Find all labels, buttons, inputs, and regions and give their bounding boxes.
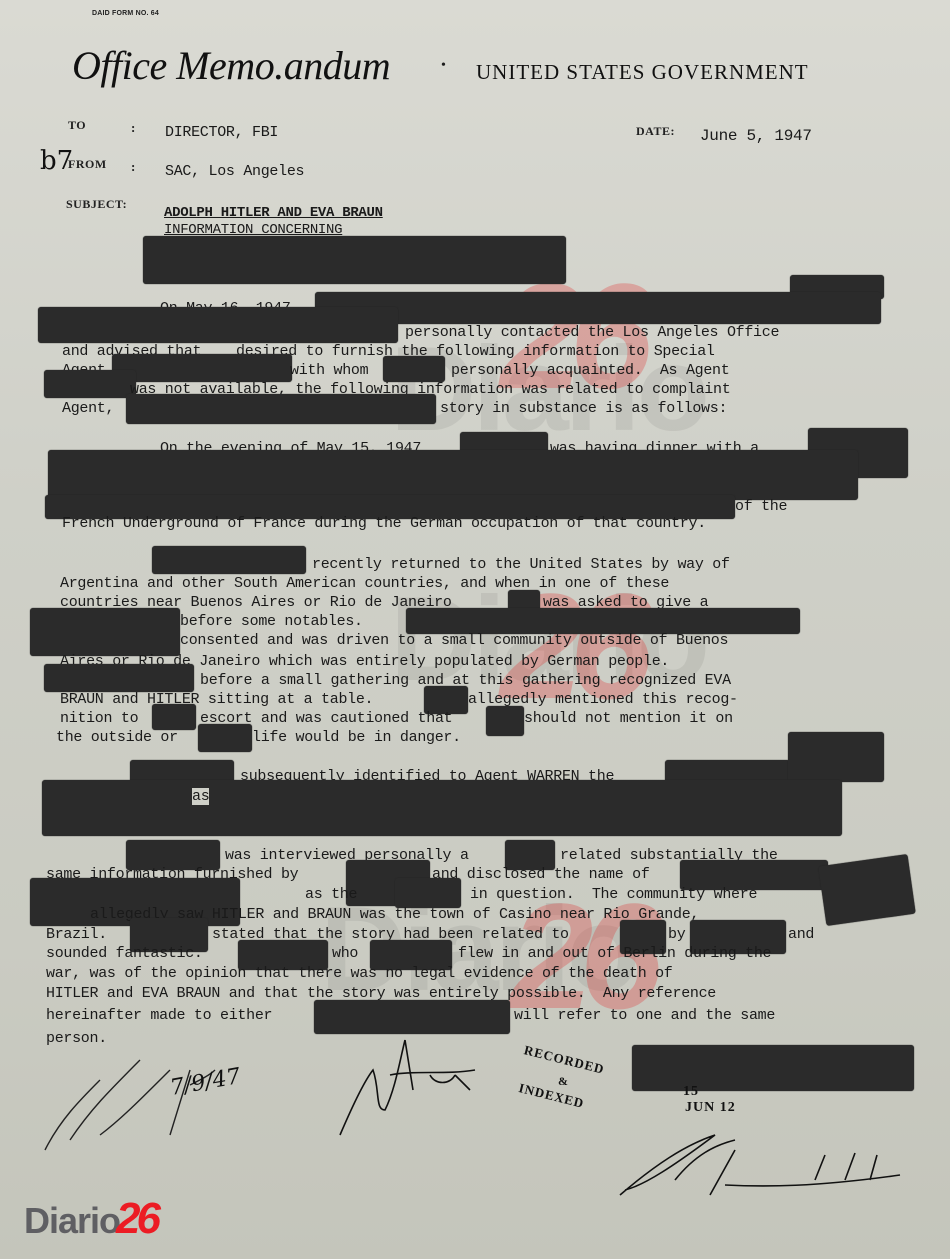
subject-line-1: ADOLPH HITLER AND EVA BRAUN <box>164 205 383 221</box>
redaction-bar <box>486 706 524 736</box>
body-line: hereinafter made to either <box>46 1007 272 1024</box>
body-line: who <box>332 945 358 962</box>
memo-page: Diario 26 Diario 26 Diario 26 DAID FORM … <box>0 0 950 1259</box>
body-line: will refer to one and the same <box>514 1007 775 1024</box>
to-label: TO <box>68 118 86 133</box>
redaction-bar <box>152 546 306 574</box>
signature-icon <box>615 1125 915 1205</box>
redaction-bar <box>395 878 461 908</box>
from-value: SAC, Los Angeles <box>165 163 304 180</box>
diario26-logo: Diario 26 <box>24 1194 157 1244</box>
body-line: recently returned to the United States b… <box>312 556 730 573</box>
date-label: DATE: <box>636 124 675 139</box>
body-line: and disclosed the name of <box>432 866 650 883</box>
redaction-bar <box>152 704 196 730</box>
redaction-bar <box>30 608 180 656</box>
memo-title: Office Memo.andum <box>72 42 390 89</box>
body-line: nition to <box>60 710 138 727</box>
redaction-bar <box>143 236 566 284</box>
logo-brand-text: Diario <box>24 1200 120 1242</box>
form-number: DAID FORM NO. 64 <box>92 10 159 17</box>
redaction-bar <box>198 724 252 752</box>
body-line: the outside or <box>56 729 178 746</box>
recorded-stamp: RECORDED <box>522 1042 606 1077</box>
date-value: June 5, 1947 <box>700 127 812 145</box>
indexed-stamp: INDEXED <box>517 1080 586 1112</box>
subject-label: SUBJECT: <box>66 197 127 212</box>
body-line: war, was of the opinion that there was n… <box>46 965 673 982</box>
redaction-bar <box>818 854 915 926</box>
handwritten-notation-icon <box>40 1040 240 1160</box>
redaction-bar <box>788 732 884 782</box>
body-line: personally acquainted. As Agent <box>451 362 729 379</box>
body-line: Argentina and other South American count… <box>60 575 669 592</box>
redaction-bar <box>315 292 881 324</box>
redaction-bar <box>42 780 842 836</box>
redaction-bar <box>314 1000 510 1034</box>
body-line: Brazil. <box>46 926 107 943</box>
body-line: personally contacted the Los Angeles Off… <box>405 324 779 341</box>
to-value: DIRECTOR, FBI <box>165 124 278 141</box>
body-line: as <box>192 788 209 805</box>
body-line: as the <box>305 886 357 903</box>
redaction-bar <box>44 370 136 398</box>
body-line: story in substance is as follows: <box>440 400 727 417</box>
body-line: flew in and out of Berlin during the <box>458 945 771 962</box>
body-line: by <box>668 926 685 943</box>
body-line: should not mention it on <box>524 710 733 727</box>
to-colon: : <box>131 120 135 136</box>
redaction-bar <box>44 664 194 692</box>
from-colon: : <box>131 159 135 175</box>
body-line: with whom <box>290 362 368 379</box>
title-separator: • <box>441 58 446 74</box>
body-line: in question. The community where <box>470 886 757 903</box>
redaction-bar <box>48 450 858 500</box>
government-title: UNITED STATES GOVERNMENT <box>476 60 809 85</box>
from-label: FROM <box>68 157 107 172</box>
body-line: Agent, <box>62 400 114 417</box>
redaction-bar <box>112 354 292 382</box>
body-line: BRAUN and HITLER sitting at a table. <box>60 691 373 708</box>
recorded-indexed-ampersand: & <box>558 1074 569 1089</box>
signature-icon <box>335 1030 495 1140</box>
body-line: before some notables. <box>180 613 363 630</box>
redaction-bar <box>383 356 445 382</box>
body-line: consented and was driven to a small comm… <box>180 632 728 649</box>
redaction-bar <box>406 608 800 634</box>
body-line: of the <box>735 498 787 515</box>
redaction-bar <box>38 307 398 343</box>
body-line: sounded fantastic. <box>46 945 203 962</box>
body-line: French Underground of France during the … <box>62 515 706 532</box>
date-stamp-month: JUN 12 <box>685 1100 736 1116</box>
body-line: and <box>788 926 814 943</box>
redaction-bar <box>126 394 436 424</box>
logo-brand-number: 26 <box>116 1194 157 1244</box>
date-stamp-day: 15 <box>683 1084 699 1100</box>
redaction-bar <box>632 1045 914 1091</box>
body-line: life would be in danger. <box>252 729 461 746</box>
